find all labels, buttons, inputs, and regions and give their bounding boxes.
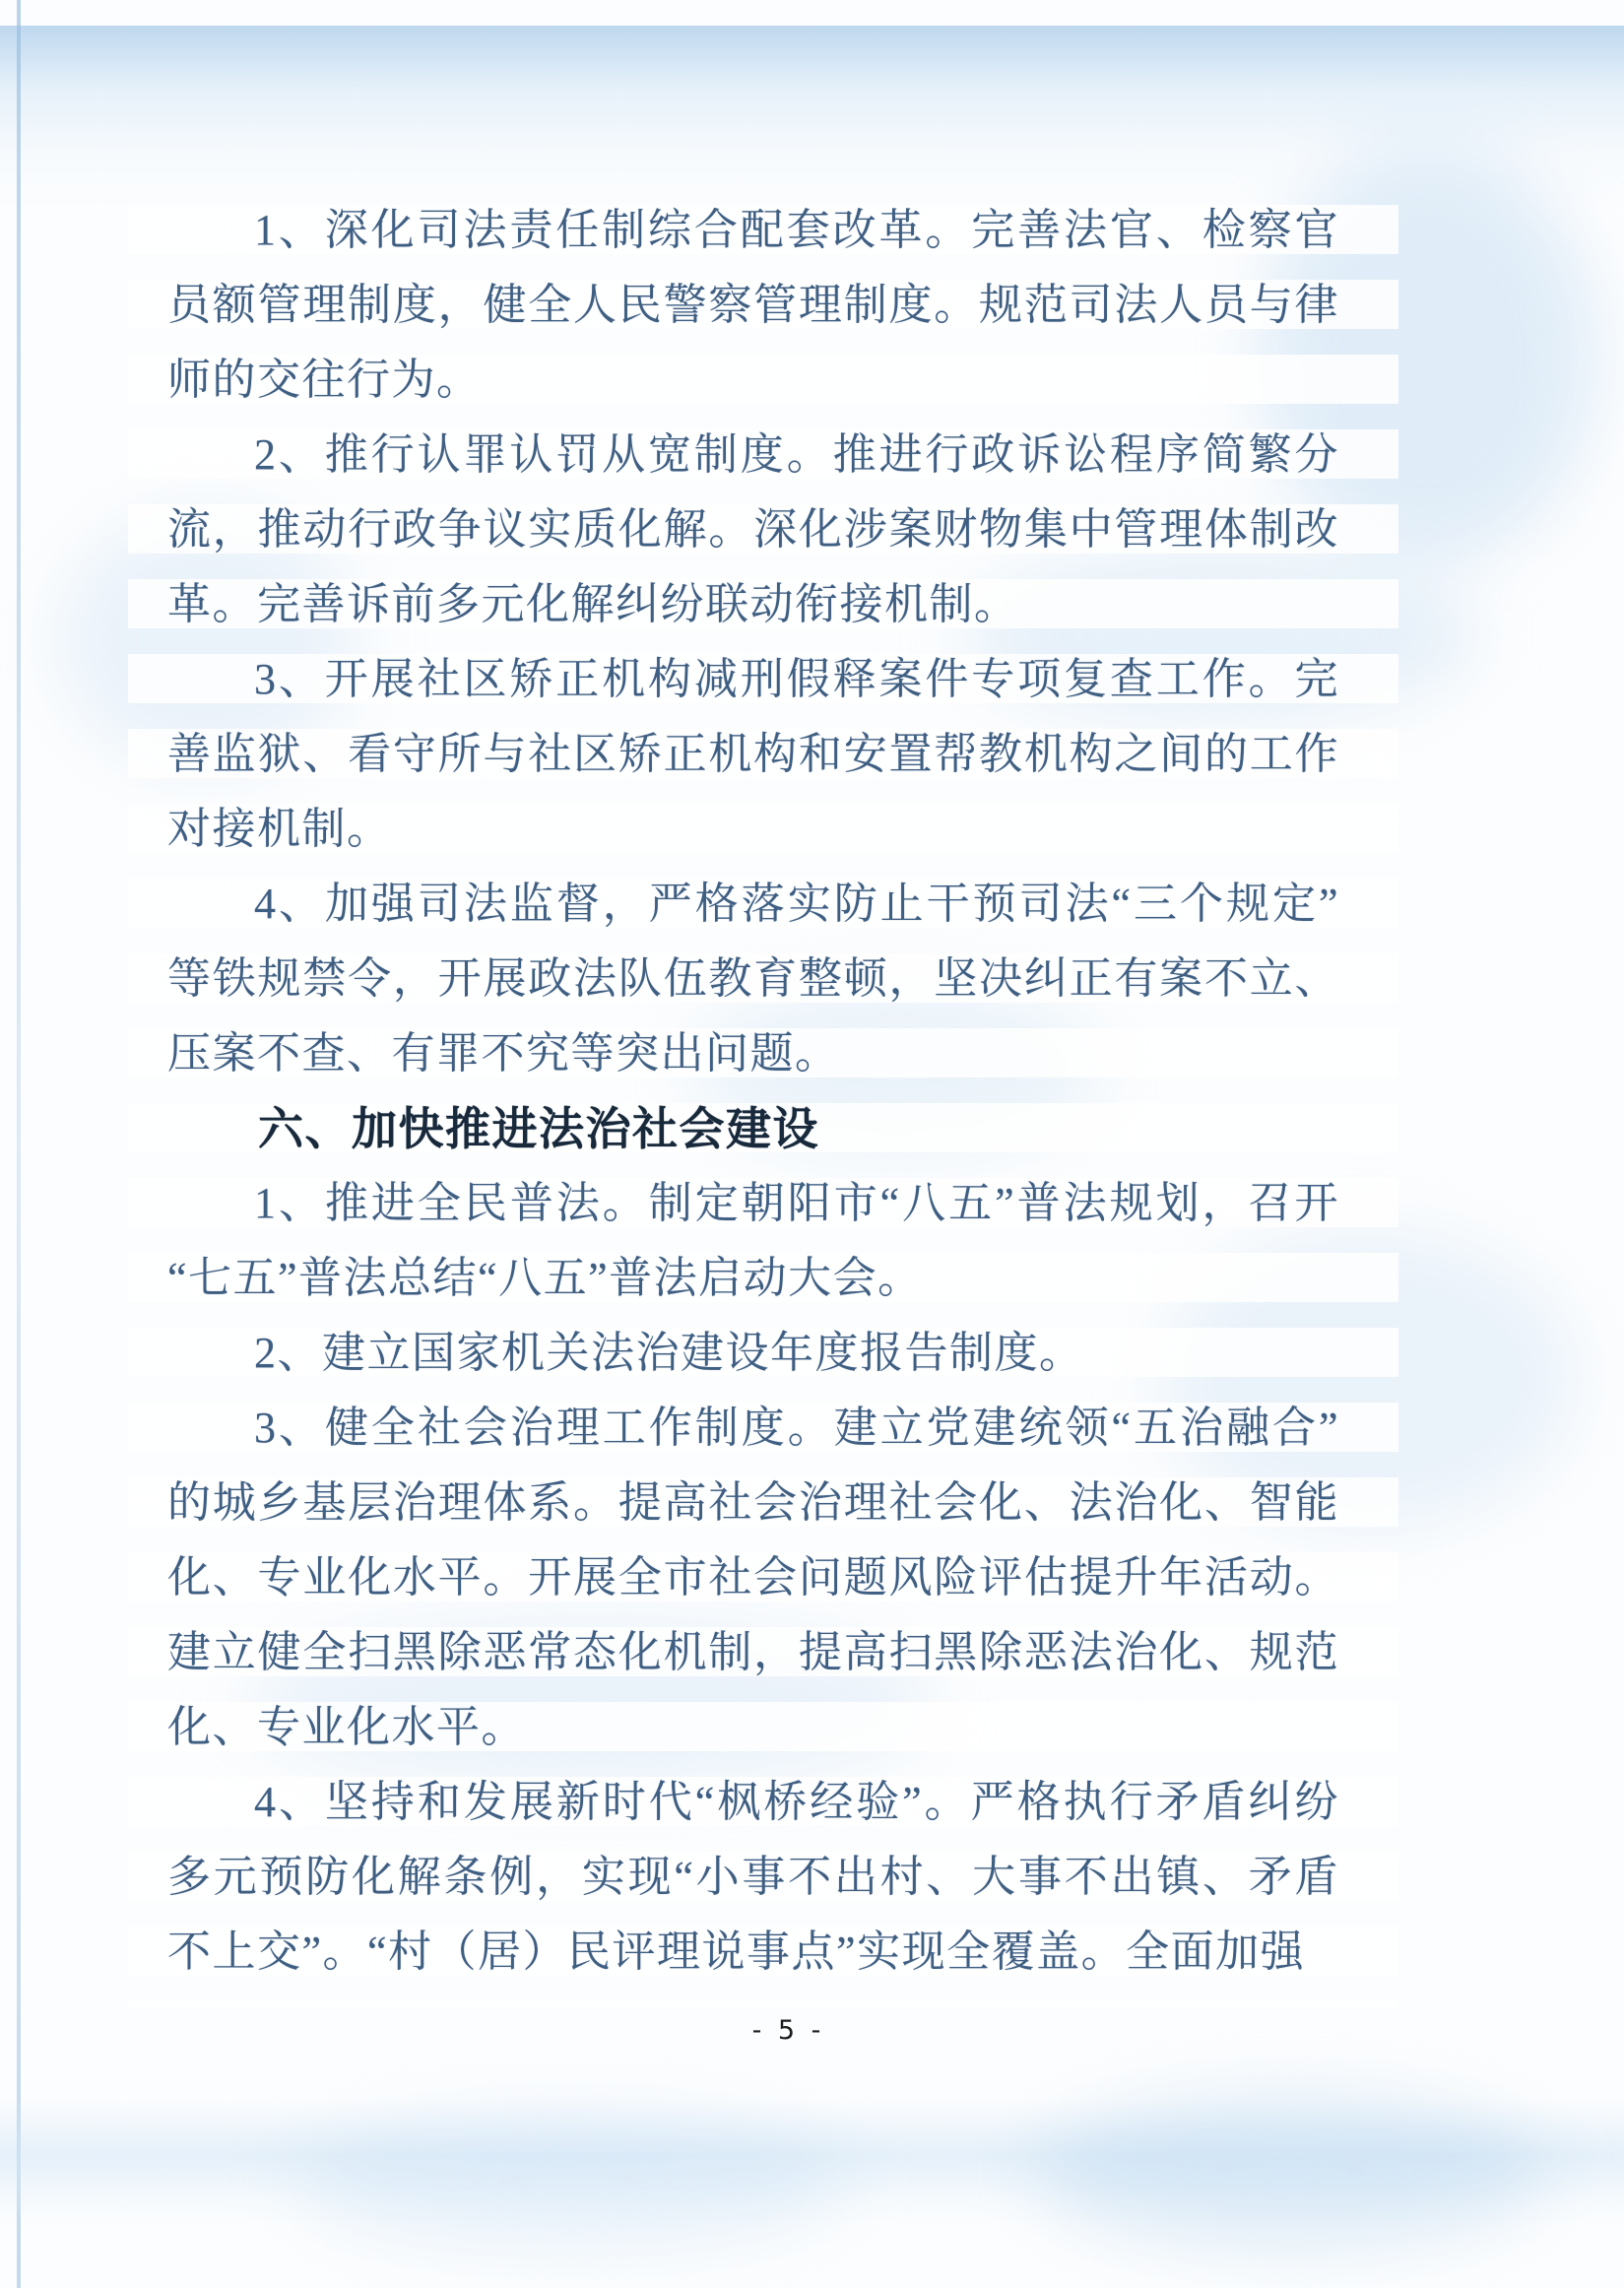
paragraph-item-4: 4、加强司法监督，严格落实防止干预司法“三个规定”等铁规禁令，开展政法队伍教育整… [167,867,1339,1091]
scanned-document-page: 1、深化司法责任制综合配套改革。完善法官、检察官员额管理制度，健全人民警察管理制… [0,0,1624,2288]
scan-artifact-blotch [1034,2098,1546,2246]
scan-artifact-left-edge [17,0,21,2288]
section-heading-six: 六、加快推进法治社会建设 [167,1091,1339,1166]
paragraph-item-3: 3、开展社区矫正机构减刑假释案件专项复查工作。完善监狱、看守所与社区矫正机构和安… [167,642,1339,867]
paragraph-item-7: 3、健全社会治理工作制度。建立党建统领“五治融合”的城乡基层治理体系。提高社会治… [167,1391,1339,1765]
page-number: - 5 - [0,2015,1600,2046]
paragraph-item-6: 2、建立国家机关法治建设年度报告制度。 [167,1316,1339,1391]
paragraph-item-1: 1、深化司法责任制综合配套改革。完善法官、检察官员额管理制度，健全人民警察管理制… [167,193,1339,418]
paragraph-item-8: 4、坚持和发展新时代“枫桥经验”。严格执行矛盾纠纷多元预防化解条例，实现“小事不… [167,1765,1339,1990]
paragraph-item-5: 1、推进全民普法。制定朝阳市“八五”普法规划，召开“七五”普法总结“八五”普法启… [167,1166,1339,1316]
paragraph-item-2: 2、推行认罪认罚从宽制度。推进行政诉讼程序简繁分流，推动行政争议实质化解。深化涉… [167,418,1339,642]
scan-artifact-blotch [295,2118,847,2246]
document-body: 1、深化司法责任制综合配套改革。完善法官、检察官员额管理制度，健全人民警察管理制… [167,193,1339,1990]
